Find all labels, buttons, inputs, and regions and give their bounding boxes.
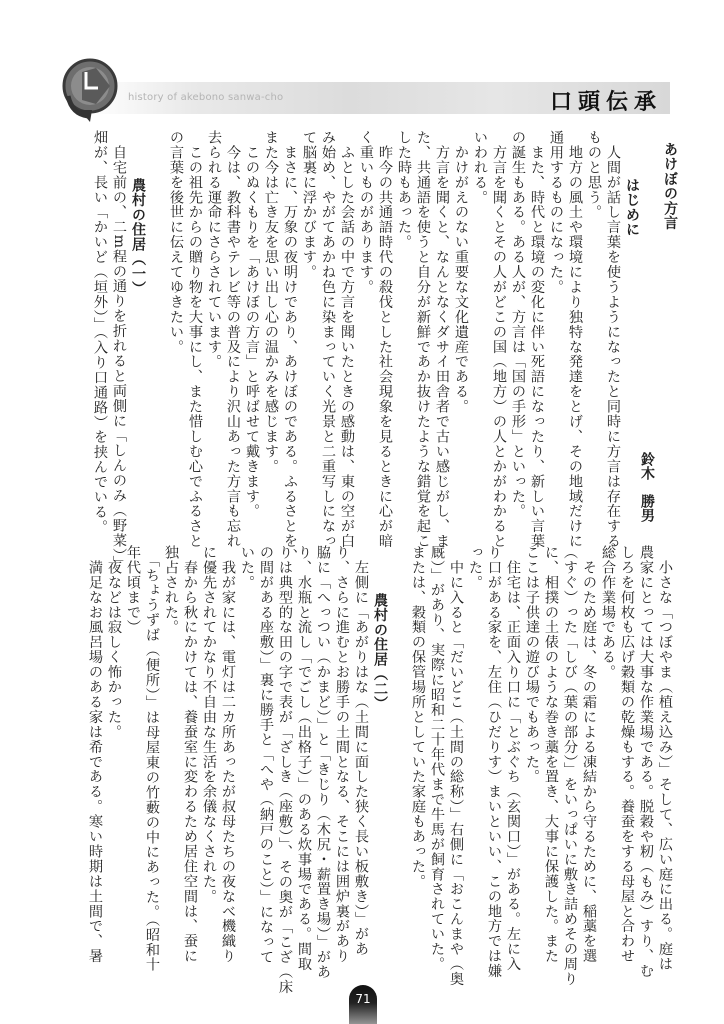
- text-column: り、水瓶と流し「でごし（出格子）」のある炊事場である。間取: [294, 545, 313, 965]
- text-column: み始め、やがてあかね色に染まっていく光景と二重写しになっ: [318, 130, 337, 520]
- text-column: （すぐ）った「しび（葉の部分）」をいっぱいに敷き詰めその周り: [560, 545, 579, 965]
- author-surname: 鈴木: [637, 452, 656, 480]
- text-column: 通用するものになった。: [546, 130, 565, 520]
- text-column: ものと思う。: [584, 130, 603, 520]
- text-column: 左側に「あがりはな（土間に面した狭く長い板敷き）」があ: [351, 545, 370, 965]
- text-column: また今は亡き友を思い出し心の温かみを感じます。: [261, 130, 280, 520]
- text-column: ふとした会話の中で方言を聞いたときの感動は、東の空が白: [337, 130, 356, 520]
- text-block-top: あけぼの方言 はじめに 人間が話し言葉を使うようになったと同時に方言は存在する …: [59, 130, 679, 520]
- text-column: 夜などは寂しく怖かった。: [104, 545, 123, 965]
- section2-heading: 農村の住居（二）: [370, 545, 389, 965]
- text-column: 中に入ると「だいどこ（土間の総称）」右側に「おこんまや（奥: [446, 545, 465, 965]
- text-column: った。: [465, 545, 484, 965]
- text-column: 地方の風土や環境により独特な発達をとげ、その地域だけに: [565, 130, 584, 520]
- text-column: かけがえのない重要な文化遺産である。: [451, 130, 470, 520]
- text-column: この祖先からの贈り物を大事にし、また惜しむ心でふるさと: [185, 130, 204, 520]
- text-column: 方言を聞くと、なんとなくダサイ田舎者で古い感じがし、ま: [432, 130, 451, 520]
- series-label: history of akebono sanwa-cho: [128, 92, 283, 103]
- text-column: 農家にとっては大事な作業場である。脱穀や籾（もみ）すり、む: [636, 545, 655, 965]
- text-column: りは典型的な田の字で表が「ざしき（座敷）」、その奥が「こざ（床: [275, 545, 294, 965]
- text-column: このぬくもりを「あけぼの方言」と呼ばせて戴きます。: [242, 130, 261, 520]
- text-column: に優先されてかなり不自由な生活を余儀なくされた。: [199, 545, 218, 965]
- text-column: いた。: [237, 545, 256, 965]
- text-column: 自宅前の、二m程の通りを折れると両側に「しんのみ（野菜）」: [109, 130, 128, 520]
- text-column: また、時代と環境の変化に伴い死語になったり、新しい言葉: [527, 130, 546, 520]
- text-column: そのため庭は、冬の霜による凍結から守るために、稲藁を選: [579, 545, 598, 965]
- text-column: の間がある座敷）」裏に勝手と「へや（納戸のこと）」になって: [256, 545, 275, 965]
- text-column: て脳裏に浮かびます。: [299, 130, 318, 520]
- text-column: 総合作業場である。: [598, 545, 617, 965]
- author-name: 鈴木勝男: [637, 452, 656, 522]
- text-column: り、さらに進むとお勝手の土間となる、そこには囲炉裏があり: [332, 545, 351, 965]
- text-column: 年代頃まで）: [123, 545, 142, 965]
- text-column: 満足なお風呂場のある家は希である。寒い時期は土間で、暑: [85, 545, 104, 965]
- text-column: に、相撲の土俵のような巻き藁を置き、大事に保護した。また: [541, 545, 560, 965]
- text-column: 方言を聞くとその人がどこの国（地方）の人とかがわかると: [489, 130, 508, 520]
- section1-heading: 農村の住居（一）: [128, 130, 147, 520]
- text-column: 去られる運命にさらされています。: [204, 130, 223, 520]
- text-column: または、穀類の保管場所としていた家庭もあった。: [408, 545, 427, 965]
- text-column: しろを何枚も広げ穀類の乾燥もする。養蚕をする母屋と合わせ: [617, 545, 636, 965]
- clock-return-icon: [60, 56, 118, 122]
- text-block-bottom: 小さな「つぼやま（植え込み）」そして、広い庭に出る。庭は 農家にとっては大事な作…: [64, 545, 674, 965]
- text-column: く重いものがあります。: [356, 130, 375, 520]
- text-column: いわれる。: [470, 130, 489, 520]
- text-column: 住宅は、正面入り口に「とぶぐち（玄関口）」がある。左に入: [503, 545, 522, 965]
- text-column: 厩）」があり、実際に昭和二十年代まで牛馬が飼育されていた。: [427, 545, 446, 965]
- page-header: history of akebono sanwa-cho 口頭伝承: [48, 52, 672, 112]
- section-title: 口頭伝承: [550, 85, 662, 116]
- text-column: 昨今の共通語時代の殺伐とした社会現象を見るときに心が暗: [375, 130, 394, 520]
- page-number: 71: [349, 985, 377, 1024]
- text-column: ここは子供達の遊び場でもあった。: [522, 545, 541, 965]
- text-column: 我が家には、電灯は二カ所あったが叔母たちの夜なべ機織り: [218, 545, 237, 965]
- text-column: り口がある家を、左住（ひだりす）まいといい、この地方では嫌: [484, 545, 503, 965]
- text-column: た、共通語を使うと自分が新鮮であか抜けたような錯覚を起こ: [413, 130, 432, 520]
- text-column: 脇に「へっつい（かまど）」と「きじり（木尻・薪置き場）」があ: [313, 545, 332, 965]
- text-column: 春から秋にかけては、養蚕室に変わるため居住空間は、蚕に: [180, 545, 199, 965]
- text-column: まさに、万象の夜明けであり、あけぼのである。ふるさとを、: [280, 130, 299, 520]
- text-column: 人間が話し言葉を使うようになったと同時に方言は存在する: [603, 130, 622, 520]
- text-column: 小さな「つぼやま（植え込み）」そして、広い庭に出る。庭は: [655, 545, 674, 965]
- text-column: の誕生もある。ある人が、方言は「国の手形」といった。: [508, 130, 527, 520]
- text-column: した時もあった。: [394, 130, 413, 520]
- text-column: 今は、教科書やテレビ等の普及により沢山あった方言も忘れ: [223, 130, 242, 520]
- text-column: 「ちょうずば（便所）」は母屋東の竹藪の中にあった。（昭和十: [142, 545, 161, 965]
- author-given-name: 勝男: [637, 494, 656, 522]
- text-column: 畑が、長い「かいど（垣外）」（入り口通路）を挟んでいる。: [90, 130, 109, 520]
- article-title: あけぼの方言: [660, 130, 679, 520]
- text-column: 独占された。: [161, 545, 180, 965]
- text-column: の言葉を後世に伝えてゆきたい。: [166, 130, 185, 520]
